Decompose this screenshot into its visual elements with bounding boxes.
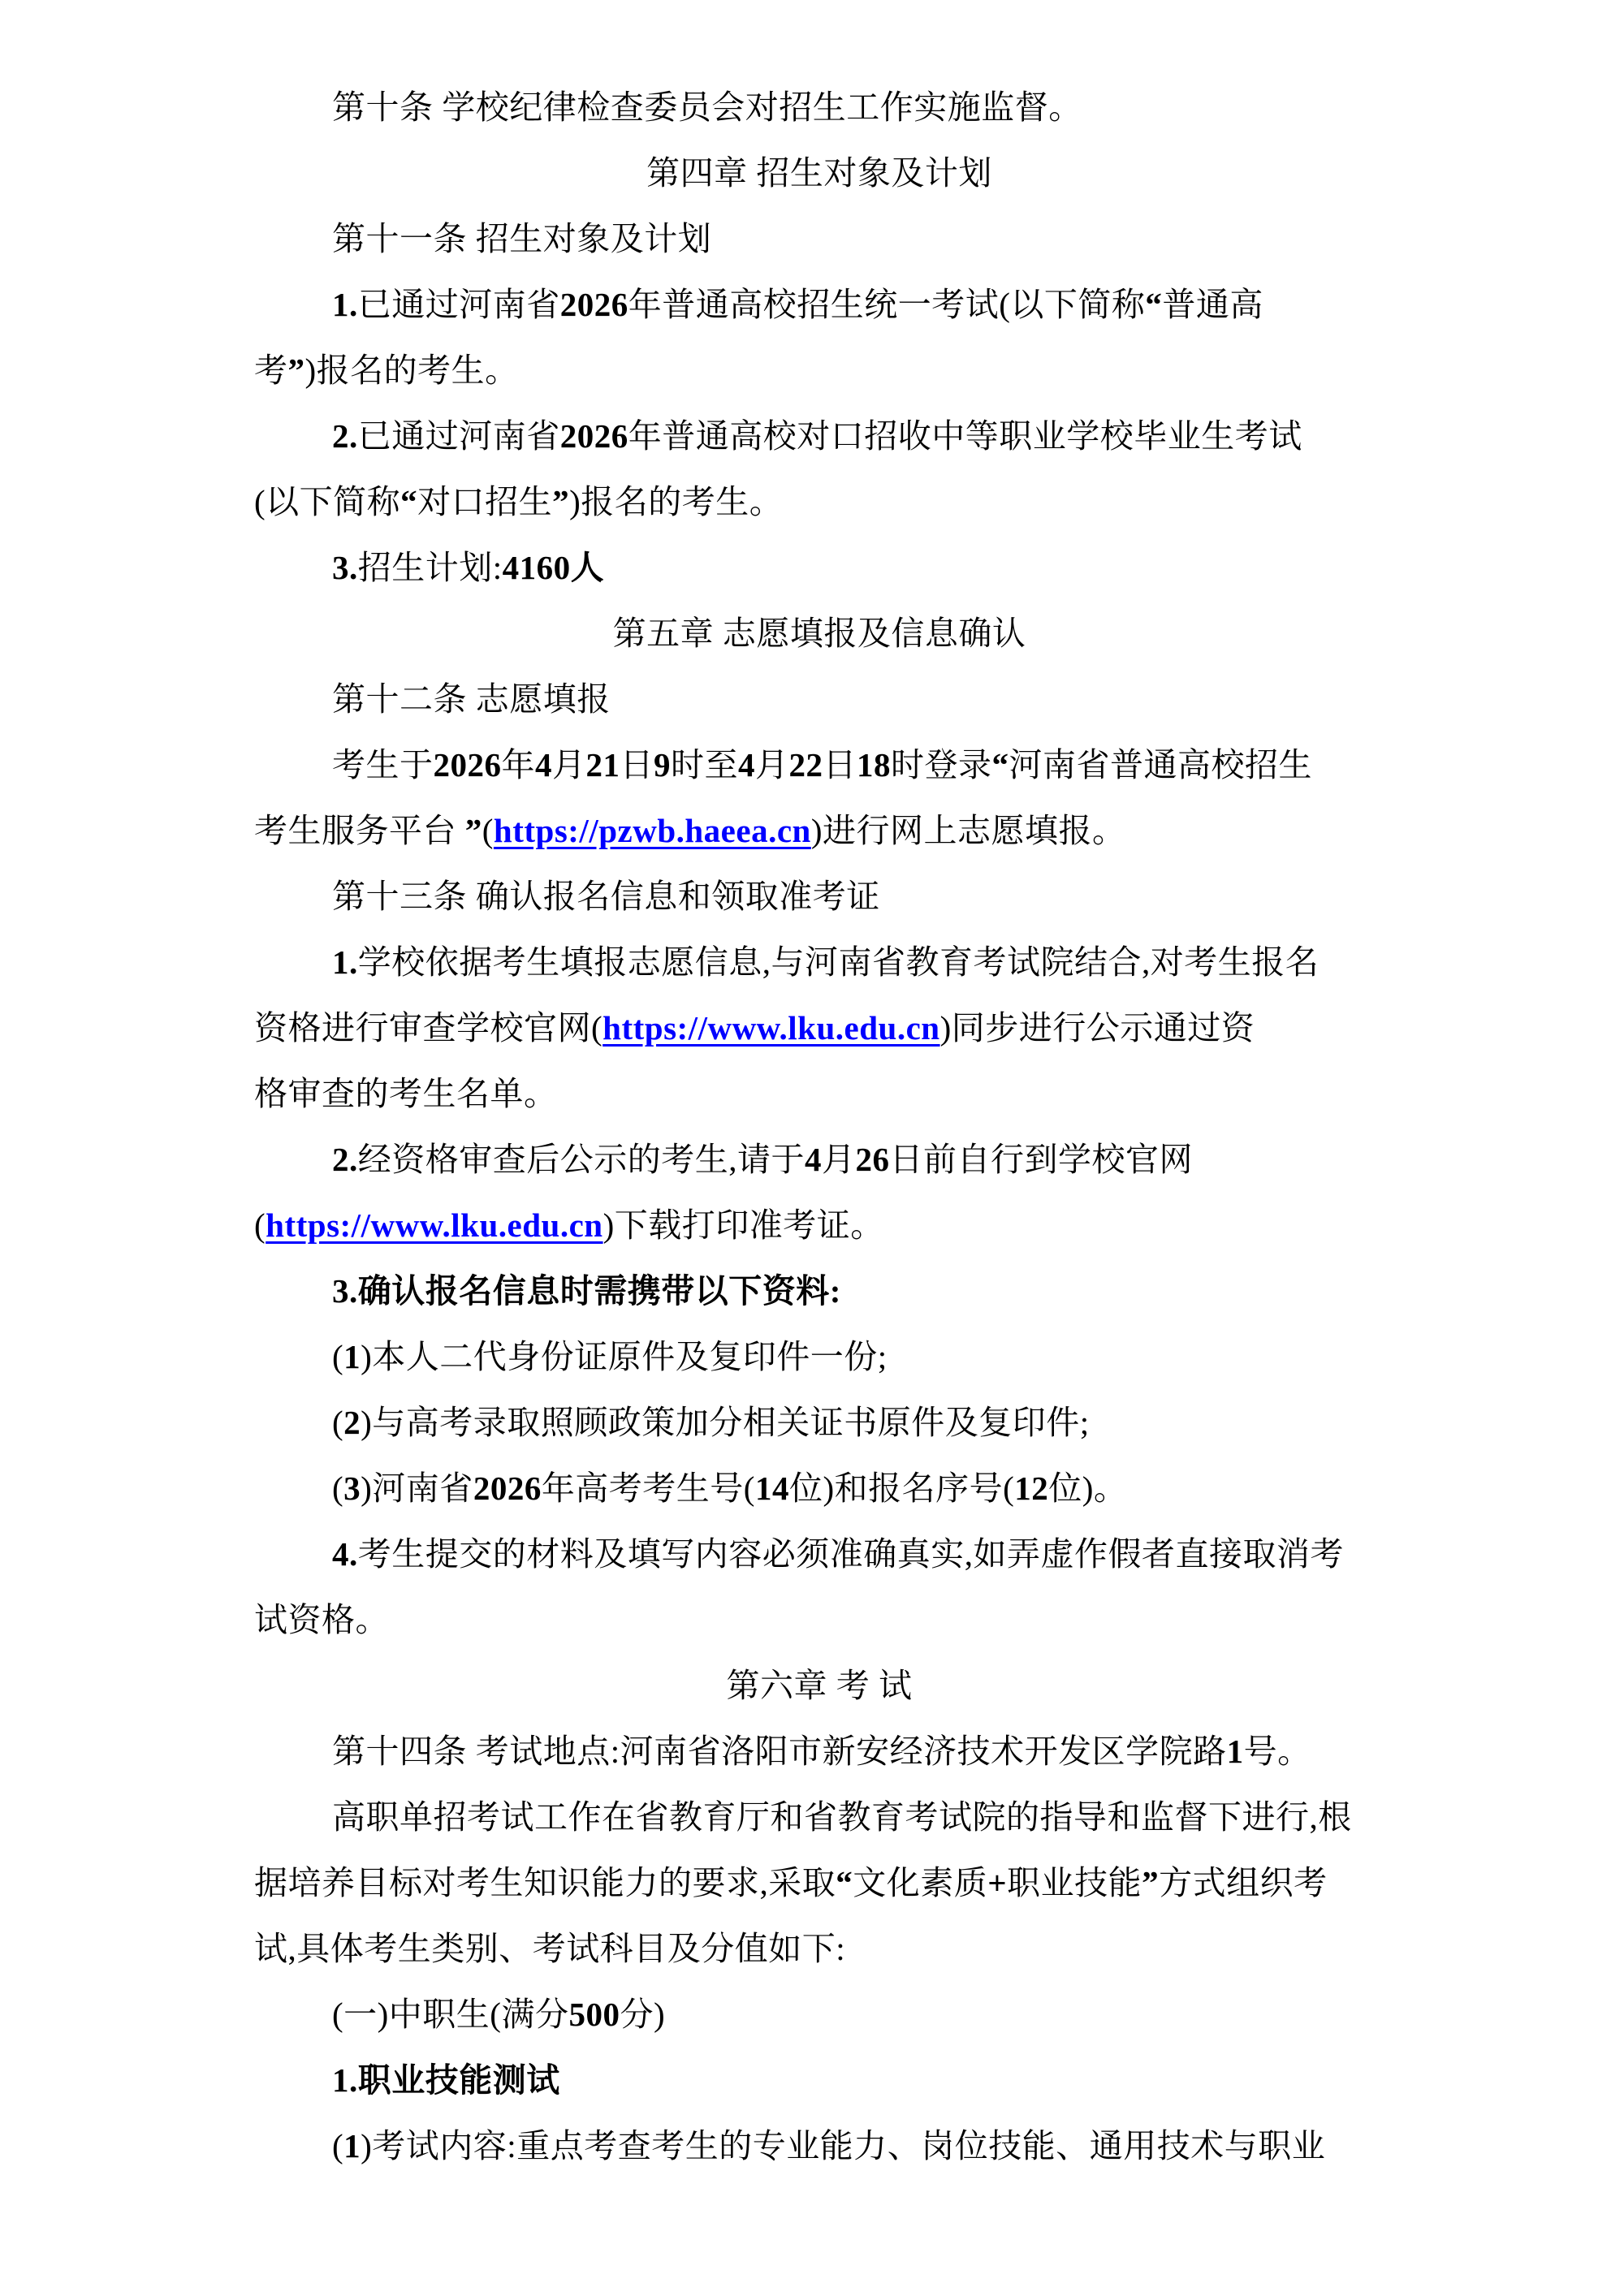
text-segment: 1. bbox=[332, 286, 358, 323]
text-segment: 1 bbox=[343, 2127, 361, 2164]
text-segment: )与高考录取照顾政策加分相关证书原件及复印件; bbox=[361, 1404, 1090, 1441]
text-segment: 2. bbox=[332, 1141, 358, 1178]
text-segment: 4 bbox=[738, 746, 755, 783]
line-10: 第十二条 志愿填报 bbox=[254, 667, 1384, 732]
text-segment: 2 bbox=[343, 1404, 361, 1441]
text-segment: (以下简称 bbox=[254, 483, 400, 520]
line-5: 考”)报名的考生。 bbox=[254, 338, 1384, 404]
text-segment: 日前自行到学校官网 bbox=[890, 1141, 1194, 1178]
text-segment: )本人二代身份证原件及复印件一份; bbox=[361, 1338, 888, 1375]
text-segment: 第四章 招生对象及计划 bbox=[646, 154, 992, 192]
text-segment: 月 bbox=[552, 746, 586, 783]
text-segment: 普通高 bbox=[1162, 286, 1263, 323]
text-segment: 第十二条 志愿填报 bbox=[332, 680, 611, 718]
text-segment: 试,具体考生类别、考试科目及分值如下: bbox=[254, 1930, 845, 1967]
line-7: (以下简称“对口招生”)报名的考生。 bbox=[254, 469, 1384, 535]
text-segment: ( bbox=[332, 2127, 343, 2164]
line-11: 考生于2026年4月21日9时至4月22日18时登录“河南省普通高校招生 bbox=[254, 732, 1384, 798]
text-segment: 21 bbox=[586, 746, 620, 783]
text-segment: 考 bbox=[254, 352, 288, 389]
text-segment: ( bbox=[254, 1206, 266, 1244]
line-22: (3)河南省2026年高考考生号(14位)和报名序号(12位)。 bbox=[254, 1456, 1384, 1521]
text-segment: ” bbox=[288, 352, 305, 389]
text-segment: 位)。 bbox=[1048, 1470, 1127, 1507]
line-23: 4.考生提交的材料及填写内容必须准确真实,如弄虚作假者直接取消考 bbox=[254, 1521, 1384, 1587]
link-lku-edu-cn[interactable]: https://www.lku.edu.cn bbox=[603, 1009, 939, 1047]
line-27: 高职单招考试工作在省教育厅和省教育考试院的指导和监督下进行,根 bbox=[254, 1785, 1384, 1850]
text-segment: 格审查的考生名单。 bbox=[254, 1075, 558, 1112]
text-segment: 分) bbox=[620, 1996, 665, 2033]
link-lku-edu-cn[interactable]: https://www.lku.edu.cn bbox=[266, 1206, 603, 1244]
line-15: 资格进行审查学校官网(https://www.lku.edu.cn)同步进行公示… bbox=[254, 995, 1384, 1061]
line-8: 3.招生计划:4160人 bbox=[254, 535, 1384, 601]
text-segment: 22 bbox=[789, 746, 823, 783]
text-segment: “ bbox=[992, 746, 1009, 783]
text-segment: 年 bbox=[502, 746, 536, 783]
text-segment: 3.确认报名信息时需携带以下资料: bbox=[332, 1272, 841, 1310]
line-26: 第十四条 考试地点:河南省洛阳市新安经济技术开发区学院路1号。 bbox=[254, 1719, 1384, 1785]
text-segment: 学校依据考生填报志愿信息,与河南省教育考试院结合,对考生报名 bbox=[358, 943, 1319, 981]
text-segment: 方式组织考 bbox=[1159, 1864, 1328, 1901]
text-segment: 1 bbox=[343, 1338, 361, 1375]
text-segment: 年普通高校对口招收中等职业学校毕业生考试 bbox=[628, 417, 1302, 455]
text-segment: 位)和报名序号( bbox=[789, 1470, 1014, 1507]
text-segment: )报名的考生。 bbox=[569, 483, 783, 520]
text-segment: )同步进行公示通过资 bbox=[940, 1009, 1255, 1047]
text-segment: 考生于 bbox=[332, 746, 434, 783]
text-segment: )考试内容:重点考查考生的专业能力、岗位技能、通用技术与职业 bbox=[361, 2127, 1325, 2164]
line-25: 第六章 考 试 bbox=[254, 1653, 1384, 1719]
text-segment: 据培养目标对考生知识能力的要求,采取 bbox=[254, 1864, 836, 1901]
text-segment: 3. bbox=[332, 549, 358, 586]
text-segment: 4 bbox=[535, 746, 552, 783]
text-segment: ( bbox=[332, 1470, 343, 1507]
text-segment: 年高考考生号( bbox=[542, 1470, 755, 1507]
text-segment: 2. bbox=[332, 417, 358, 455]
text-segment: 第十条 学校纪律检查委员会对招生工作实施监督。 bbox=[332, 88, 1082, 126]
text-segment: 已通过河南省 bbox=[358, 417, 560, 455]
text-segment: “ bbox=[400, 483, 417, 520]
document-page: 第十条 学校纪律检查委员会对招生工作实施监督。第四章 招生对象及计划第十一条 招… bbox=[254, 75, 1384, 2179]
text-segment: 26 bbox=[856, 1141, 890, 1178]
text-segment: 第六章 考 试 bbox=[727, 1667, 913, 1704]
text-segment: 4 bbox=[805, 1141, 822, 1178]
text-segment: 试资格。 bbox=[254, 1601, 389, 1638]
text-segment: ( bbox=[332, 1338, 343, 1375]
line-24: 试资格。 bbox=[254, 1587, 1384, 1653]
line-13: 第十三条 确认报名信息和领取准考证 bbox=[254, 864, 1384, 930]
text-segment: 1 bbox=[1227, 1733, 1244, 1770]
text-segment: ” bbox=[552, 483, 569, 520]
text-segment: 2026 bbox=[560, 417, 628, 455]
line-16: 格审查的考生名单。 bbox=[254, 1061, 1384, 1127]
text-segment: 500 bbox=[568, 1996, 620, 2033]
line-18: (https://www.lku.edu.cn)下载打印准考证。 bbox=[254, 1193, 1384, 1258]
text-segment: 时登录 bbox=[891, 746, 992, 783]
text-segment: )河南省 bbox=[361, 1470, 473, 1507]
text-segment: 文化素质 bbox=[853, 1864, 987, 1901]
line-1: 第十条 学校纪律检查委员会对招生工作实施监督。 bbox=[254, 75, 1384, 140]
link-pzwb-haeea-cn[interactable]: https://pzwb.haeea.cn bbox=[494, 812, 811, 849]
line-20: (1)本人二代身份证原件及复印件一份; bbox=[254, 1324, 1384, 1390]
line-4: 1.已通过河南省2026年普通高校招生统一考试(以下简称“普通高 bbox=[254, 272, 1384, 338]
text-segment: ( bbox=[332, 1404, 343, 1441]
text-segment: 资格进行审查学校官网( bbox=[254, 1009, 603, 1047]
line-31: 1.职业技能测试 bbox=[254, 2048, 1384, 2113]
text-segment: 18 bbox=[857, 746, 891, 783]
text-segment: 年普通高校招生统一考试(以下简称 bbox=[628, 286, 1146, 323]
text-segment: 第十四条 考试地点:河南省洛阳市新安经济技术开发区学院路 bbox=[332, 1733, 1227, 1770]
line-9: 第五章 志愿填报及信息确认 bbox=[254, 601, 1384, 667]
text-segment: ” bbox=[1142, 1864, 1159, 1901]
text-segment: 第十三条 确认报名信息和领取准考证 bbox=[332, 878, 880, 915]
text-segment: 第十一条 招生对象及计划 bbox=[332, 220, 711, 257]
text-segment: 9 bbox=[654, 746, 671, 783]
text-segment: 第五章 志愿填报及信息确认 bbox=[613, 615, 1026, 652]
text-segment: 12 bbox=[1014, 1470, 1048, 1507]
line-28: 据培养目标对考生知识能力的要求,采取“文化素质+职业技能”方式组织考 bbox=[254, 1850, 1384, 1916]
text-segment: 对口招生 bbox=[417, 483, 552, 520]
text-segment: 职业技能 bbox=[1007, 1864, 1142, 1901]
text-segment: ( bbox=[482, 812, 494, 849]
text-segment: “ bbox=[1145, 286, 1162, 323]
line-21: (2)与高考录取照顾政策加分相关证书原件及复印件; bbox=[254, 1390, 1384, 1456]
text-segment: 招生计划: bbox=[358, 549, 503, 586]
text-segment: 3 bbox=[343, 1470, 361, 1507]
text-segment: )报名的考生。 bbox=[305, 352, 519, 389]
text-segment: 号。 bbox=[1244, 1733, 1311, 1770]
text-segment: 经资格审查后公示的考生,请于 bbox=[358, 1141, 805, 1178]
text-segment: ” bbox=[465, 812, 482, 849]
text-segment: 日 bbox=[620, 746, 654, 783]
line-12: 考生服务平台 ”(https://pzwb.haeea.cn)进行网上志愿填报。 bbox=[254, 798, 1384, 864]
text-segment: )进行网上志愿填报。 bbox=[811, 812, 1126, 849]
text-segment: 4160人 bbox=[503, 549, 605, 586]
line-29: 试,具体考生类别、考试科目及分值如下: bbox=[254, 1916, 1384, 1982]
line-32: (1)考试内容:重点考查考生的专业能力、岗位技能、通用技术与职业 bbox=[254, 2113, 1384, 2179]
text-segment: (一)中职生(满分 bbox=[332, 1996, 568, 2033]
text-segment: 1. bbox=[332, 943, 358, 981]
line-2: 第四章 招生对象及计划 bbox=[254, 140, 1384, 206]
text-segment: 2026 bbox=[560, 286, 628, 323]
line-30: (一)中职生(满分500分) bbox=[254, 1982, 1384, 2048]
line-14: 1.学校依据考生填报志愿信息,与河南省教育考试院结合,对考生报名 bbox=[254, 930, 1384, 995]
text-segment: 2026 bbox=[434, 746, 502, 783]
text-segment: 时至 bbox=[671, 746, 738, 783]
text-segment: + bbox=[987, 1864, 1007, 1901]
text-segment: 日 bbox=[823, 746, 857, 783]
text-segment: 14 bbox=[755, 1470, 789, 1507]
text-segment: 河南省普通高校招生 bbox=[1009, 746, 1313, 783]
text-segment: 月 bbox=[755, 746, 789, 783]
text-segment: 考生服务平台 bbox=[254, 812, 465, 849]
text-segment: )下载打印准考证。 bbox=[603, 1206, 884, 1244]
text-segment: 高职单招考试工作在省教育厅和省教育考试院的指导和监督下进行,根 bbox=[332, 1798, 1352, 1836]
text-segment: “ bbox=[836, 1864, 853, 1901]
text-segment: 2026 bbox=[473, 1470, 542, 1507]
text-segment: 1.职业技能测试 bbox=[332, 2061, 560, 2099]
line-3: 第十一条 招生对象及计划 bbox=[254, 206, 1384, 272]
text-segment: 月 bbox=[822, 1141, 856, 1178]
line-6: 2.已通过河南省2026年普通高校对口招收中等职业学校毕业生考试 bbox=[254, 404, 1384, 469]
line-17: 2.经资格审查后公示的考生,请于4月26日前自行到学校官网 bbox=[254, 1127, 1384, 1193]
text-segment: 考生提交的材料及填写内容必须准确真实,如弄虚作假者直接取消考 bbox=[358, 1535, 1344, 1573]
text-segment: 4. bbox=[332, 1535, 358, 1573]
line-19: 3.确认报名信息时需携带以下资料: bbox=[254, 1258, 1384, 1324]
text-segment: 已通过河南省 bbox=[358, 286, 560, 323]
